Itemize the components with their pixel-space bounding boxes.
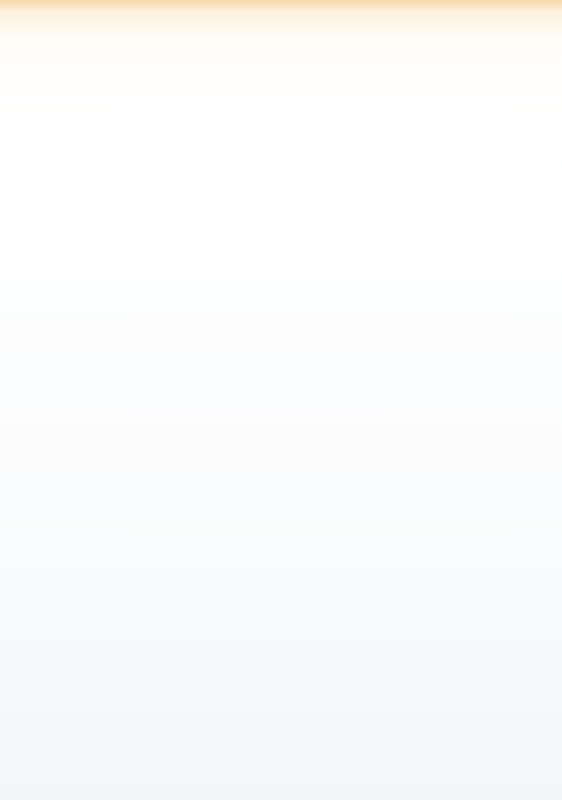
penalty-notice-document [0,0,562,800]
